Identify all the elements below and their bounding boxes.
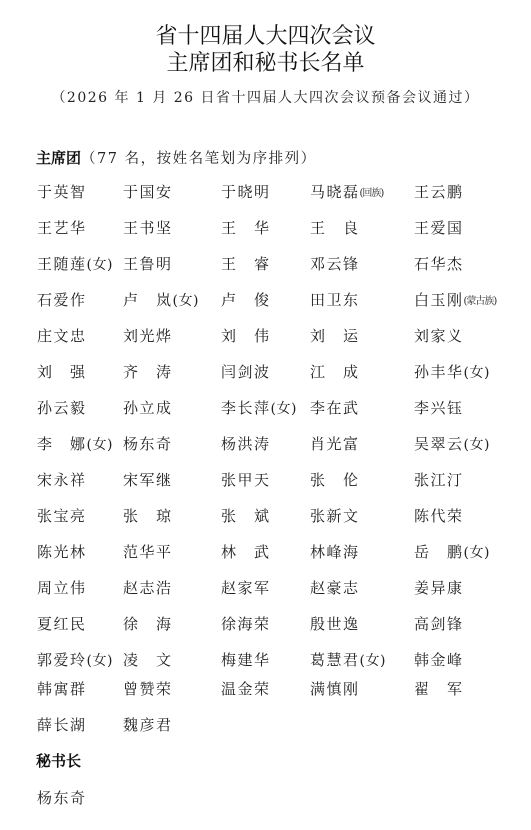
presidium-member: 陈光林 — [37, 542, 87, 562]
member-name: 魏彦君 — [123, 716, 173, 734]
presidium-heading-note: （77 名，按姓名笔划为序排列） — [81, 151, 317, 167]
member-name: 孙云毅 — [37, 399, 87, 417]
presidium-member: 于晓明 — [221, 182, 271, 202]
presidium-member: 梅建华 — [221, 650, 271, 670]
member-name: 杨洪涛 — [221, 435, 271, 453]
secretary-general-name: 杨东奇 — [37, 788, 87, 808]
presidium-member: 石爱作 — [37, 290, 87, 310]
presidium-member: 殷世逸 — [310, 614, 360, 634]
presidium-member: 于国安 — [123, 182, 173, 202]
presidium-heading-label: 主席团 — [36, 149, 81, 167]
presidium-member: 凌 文 — [123, 650, 173, 670]
member-name: 张 琼 — [123, 507, 173, 525]
presidium-member: 王 良 — [310, 218, 360, 238]
presidium-member: 赵志浩 — [123, 578, 173, 598]
member-name: 张 斌 — [221, 507, 271, 525]
presidium-heading: 主席团（77 名，按姓名笔划为序排列） — [36, 148, 317, 169]
presidium-member: 闫剑波 — [221, 362, 271, 382]
presidium-member: 张新文 — [310, 506, 360, 526]
member-name: 王鲁明 — [123, 255, 173, 273]
presidium-member: 王书坚 — [123, 218, 173, 238]
gender-note: (女) — [87, 257, 113, 273]
member-name: 齐 涛 — [123, 363, 173, 381]
presidium-member: 魏彦君 — [123, 715, 173, 735]
presidium-member: 张甲天 — [221, 470, 271, 490]
member-name: 林 武 — [221, 543, 271, 561]
presidium-member: 宋永祥 — [37, 470, 87, 490]
presidium-member: 高剑锋 — [414, 614, 464, 634]
presidium-member: 孙云毅 — [37, 398, 87, 418]
presidium-member: 李兴钰 — [414, 398, 464, 418]
member-name: 刘 运 — [310, 327, 360, 345]
secretary-general-heading: 秘书长 — [36, 751, 81, 771]
presidium-member: 刘 强 — [37, 362, 87, 382]
member-name: 王 睿 — [221, 255, 271, 273]
presidium-member: 韩寓群 — [37, 679, 87, 699]
member-name: 孙丰华 — [414, 363, 464, 381]
member-name: 王爱国 — [414, 219, 464, 237]
presidium-member: 王随莲(女) — [37, 254, 113, 275]
member-name: 徐 海 — [123, 615, 173, 633]
member-name: 周立伟 — [37, 579, 87, 597]
member-name: 韩金峰 — [414, 651, 464, 669]
member-name: 李长萍 — [221, 399, 271, 417]
presidium-member: 马晓磊(回族) — [310, 182, 383, 204]
secretary-general-heading-label: 秘书长 — [36, 752, 81, 770]
member-name: 温金荣 — [221, 680, 271, 698]
presidium-member: 薛长湖 — [37, 715, 87, 735]
presidium-member: 温金荣 — [221, 679, 271, 699]
presidium-member: 李在武 — [310, 398, 360, 418]
member-name: 翟 军 — [414, 680, 464, 698]
presidium-member: 姜异康 — [414, 578, 464, 598]
presidium-member: 张江汀 — [414, 470, 464, 490]
ethnicity-note: (回族) — [360, 188, 384, 199]
member-name: 李在武 — [310, 399, 360, 417]
presidium-member: 夏红民 — [37, 614, 87, 634]
member-name: 凌 文 — [123, 651, 173, 669]
member-name: 王随莲 — [37, 255, 87, 273]
member-name: 陈光林 — [37, 543, 87, 561]
presidium-member: 齐 涛 — [123, 362, 173, 382]
presidium-member: 岳 鹏(女) — [414, 542, 490, 563]
member-name: 吴翠云 — [414, 435, 464, 453]
gender-note: (女) — [87, 437, 113, 453]
document-title-line-2: 主席团和秘书长名单 — [0, 51, 531, 77]
gender-note: (女) — [87, 653, 113, 669]
presidium-member: 林 武 — [221, 542, 271, 562]
member-name: 薛长湖 — [37, 716, 87, 734]
member-name: 王艺华 — [37, 219, 87, 237]
presidium-member: 田卫东 — [310, 290, 360, 310]
member-name: 郭爱玲 — [37, 651, 87, 669]
member-name: 张江汀 — [414, 471, 464, 489]
presidium-member: 刘光烨 — [123, 326, 173, 346]
member-name: 江 成 — [310, 363, 360, 381]
member-name: 韩寓群 — [37, 680, 87, 698]
member-name: 李 娜 — [37, 435, 87, 453]
presidium-member: 韩金峰 — [414, 650, 464, 670]
presidium-member: 于英智 — [37, 182, 87, 202]
member-name: 姜异康 — [414, 579, 464, 597]
gender-note: (女) — [173, 293, 199, 309]
presidium-member: 刘家义 — [414, 326, 464, 346]
presidium-member: 孙丰华(女) — [414, 362, 490, 383]
member-name: 王书坚 — [123, 219, 173, 237]
member-name: 王 华 — [221, 219, 271, 237]
member-name: 赵家军 — [221, 579, 271, 597]
member-name: 闫剑波 — [221, 363, 271, 381]
presidium-member: 王爱国 — [414, 218, 464, 238]
presidium-member: 王 华 — [221, 218, 271, 238]
presidium-member: 孙立成 — [123, 398, 173, 418]
presidium-member: 李 娜(女) — [37, 434, 113, 455]
gender-note: (女) — [360, 653, 386, 669]
member-name: 刘光烨 — [123, 327, 173, 345]
presidium-member: 李长萍(女) — [221, 398, 297, 419]
member-name: 林峰海 — [310, 543, 360, 561]
presidium-member: 王艺华 — [37, 218, 87, 238]
member-name: 殷世逸 — [310, 615, 360, 633]
presidium-member: 张 琼 — [123, 506, 173, 526]
member-name: 范华平 — [123, 543, 173, 561]
presidium-member: 王 睿 — [221, 254, 271, 274]
presidium-member: 吴翠云(女) — [414, 434, 490, 455]
member-name: 卢 俊 — [221, 291, 271, 309]
presidium-member: 刘 运 — [310, 326, 360, 346]
presidium-member: 张 斌 — [221, 506, 271, 526]
member-name: 石爱作 — [37, 291, 87, 309]
member-name: 马晓磊 — [310, 183, 360, 201]
ethnicity-note: (蒙古族) — [464, 296, 497, 307]
member-name: 邓云锋 — [310, 255, 360, 273]
presidium-member: 杨东奇 — [123, 434, 173, 454]
member-name: 刘家义 — [414, 327, 464, 345]
presidium-member: 林峰海 — [310, 542, 360, 562]
member-name: 王云鹏 — [414, 183, 464, 201]
member-name: 宋军继 — [123, 471, 173, 489]
member-name: 满慎刚 — [310, 680, 360, 698]
member-name: 于晓明 — [221, 183, 271, 201]
presidium-member: 张宝亮 — [37, 506, 87, 526]
member-name: 张甲天 — [221, 471, 271, 489]
member-name: 孙立成 — [123, 399, 173, 417]
member-name: 卢 岚 — [123, 291, 173, 309]
member-name: 王 良 — [310, 219, 360, 237]
document-title-line-1: 省十四届人大四次会议 — [0, 24, 531, 50]
presidium-member: 曾赞荣 — [123, 679, 173, 699]
gender-note: (女) — [464, 545, 490, 561]
member-name: 徐海荣 — [221, 615, 271, 633]
presidium-member: 范华平 — [123, 542, 173, 562]
presidium-member: 王云鹏 — [414, 182, 464, 202]
presidium-member: 赵家军 — [221, 578, 271, 598]
member-name: 田卫东 — [310, 291, 360, 309]
member-name: 于国安 — [123, 183, 173, 201]
member-name: 赵志浩 — [123, 579, 173, 597]
presidium-member: 江 成 — [310, 362, 360, 382]
member-name: 梅建华 — [221, 651, 271, 669]
presidium-member: 徐 海 — [123, 614, 173, 634]
member-name: 张 伦 — [310, 471, 360, 489]
presidium-member: 刘 伟 — [221, 326, 271, 346]
member-name: 肖光富 — [310, 435, 360, 453]
gender-note: (女) — [271, 401, 297, 417]
member-name: 高剑锋 — [414, 615, 464, 633]
presidium-member: 王鲁明 — [123, 254, 173, 274]
presidium-member: 肖光富 — [310, 434, 360, 454]
gender-note: (女) — [464, 437, 490, 453]
presidium-member: 宋军继 — [123, 470, 173, 490]
presidium-member: 陈代荣 — [414, 506, 464, 526]
member-name: 张新文 — [310, 507, 360, 525]
member-name: 曾赞荣 — [123, 680, 173, 698]
member-name: 李兴钰 — [414, 399, 464, 417]
presidium-member: 葛慧君(女) — [310, 650, 386, 671]
presidium-member: 赵豪志 — [310, 578, 360, 598]
member-name: 岳 鹏 — [414, 543, 464, 561]
member-name: 白玉刚 — [414, 291, 464, 309]
presidium-member: 卢 俊 — [221, 290, 271, 310]
presidium-member: 邓云锋 — [310, 254, 360, 274]
presidium-member: 卢 岚(女) — [123, 290, 199, 311]
presidium-member: 郭爱玲(女) — [37, 650, 113, 671]
member-name: 陈代荣 — [414, 507, 464, 525]
presidium-member: 徐海荣 — [221, 614, 271, 634]
member-name: 杨东奇 — [123, 435, 173, 453]
member-name: 夏红民 — [37, 615, 87, 633]
presidium-member: 石华杰 — [414, 254, 464, 274]
member-name: 赵豪志 — [310, 579, 360, 597]
member-name: 刘 强 — [37, 363, 87, 381]
member-name: 石华杰 — [414, 255, 464, 273]
presidium-member: 张 伦 — [310, 470, 360, 490]
presidium-member: 庄文忠 — [37, 326, 87, 346]
presidium-member: 杨洪涛 — [221, 434, 271, 454]
member-name: 庄文忠 — [37, 327, 87, 345]
member-name: 张宝亮 — [37, 507, 87, 525]
member-name: 刘 伟 — [221, 327, 271, 345]
gender-note: (女) — [464, 365, 490, 381]
member-name: 葛慧君 — [310, 651, 360, 669]
member-name: 宋永祥 — [37, 471, 87, 489]
presidium-member: 翟 军 — [414, 679, 464, 699]
presidium-member: 周立伟 — [37, 578, 87, 598]
presidium-member: 满慎刚 — [310, 679, 360, 699]
presidium-member: 白玉刚(蒙古族) — [414, 290, 496, 312]
document-subtitle: （2026 年 1 月 26 日省十四届人大四次会议预备会议通过） — [0, 88, 531, 108]
member-name: 于英智 — [37, 183, 87, 201]
